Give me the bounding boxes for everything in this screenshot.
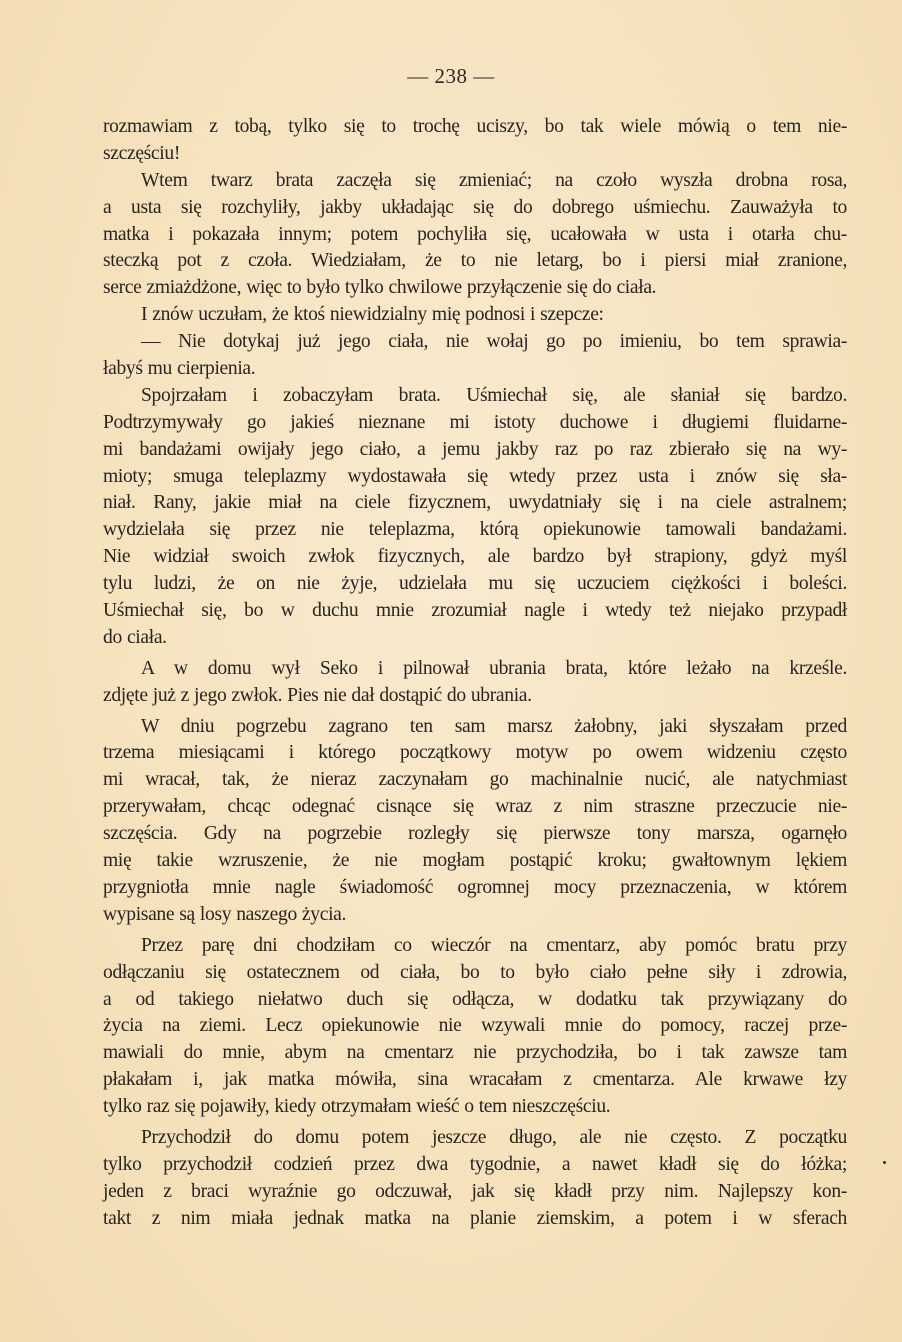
text-line: Podtrzymywały go jakieś nieznane mi isto… [103,410,847,437]
paragraph-start-line: — Nie dotykaj już jego ciała, nie wołaj … [103,329,847,356]
text-line: matka i pokazała innym; potem pochyliła … [103,222,847,249]
paragraph-start-line: Spojrzałam i zobaczyłam brata. Uśmiechał… [103,383,847,410]
text-line: tylko przychodził codzień przez dwa tygo… [103,1152,847,1179]
paragraph-start-line: Wtem twarz brata zaczęła się zmieniać; n… [103,168,847,195]
paragraph-start-line: Przez parę dni chodziłam co wieczór na c… [103,933,847,960]
text-line: serce zmiażdżone, więc to było tylko chw… [103,275,847,302]
text-line: płakałam i, jak matka mówiła, sina wraca… [103,1067,847,1094]
text-line: szczęścia. Gdy na pogrzebie rozległy się… [103,821,847,848]
text-line: mawiali do mnie, abym na cmentarz nie pr… [103,1040,847,1067]
paragraph-start-line: A w domu wył Seko i pilnował ubrania bra… [103,656,847,683]
paragraph-start-line: W dniu pogrzebu zagrano ten sam marsz ża… [103,714,847,741]
text-line: a od takiego niełatwo duch się odłącza, … [103,987,847,1014]
text-line: wypisane są losy naszego życia. [103,902,847,929]
text-line: rozmawiam z tobą, tylko się to trochę uc… [103,114,847,141]
margin-dot-mark [883,1161,886,1164]
text-line: trzema miesiącami i którego początkowy m… [103,740,847,767]
text-line: przerywałam, chcąc odegnać cisnące się w… [103,794,847,821]
text-line: jeden z braci wyraźnie go odczuwał, jak … [103,1179,847,1206]
text-line: Nie widział swoich zwłok fizycznych, ale… [103,544,847,571]
text-line: do ciała. [103,625,847,652]
body-text: rozmawiam z tobą, tylko się to trochę uc… [103,114,847,1233]
text-line: przygniotła mnie nagle świadomość ogromn… [103,875,847,902]
text-line: tylko raz się pojawiły, kiedy otrzymałam… [103,1094,847,1121]
text-line: życia na ziemi. Lecz opiekunowie nie wzy… [103,1013,847,1040]
text-line: odłączaniu się ostatecznem od ciała, bo … [103,960,847,987]
text-line: szczęściu! [103,141,847,168]
text-line: mi wracał, tak, że nieraz zaczynałam go … [103,767,847,794]
text-line: mi bandażami owijały jego ciało, a jemu … [103,437,847,464]
text-line: tylu ludzi, że on nie żyje, udzielała mu… [103,571,847,598]
text-line: a usta się rozchyliły, jakby układając s… [103,195,847,222]
text-line: mię takie wzruszenie, że nie mogłam post… [103,848,847,875]
paragraph-start-line: I znów uczułam, że ktoś niewidzialny mię… [103,302,847,329]
text-line: łabyś mu cierpienia. [103,356,847,383]
page-number: — 238 — [0,64,902,89]
text-line: Uśmiechał się, bo w duchu mnie zrozumiał… [103,598,847,625]
text-line: wydzielała się przez nie teleplazma, któ… [103,517,847,544]
text-line: steczką pot z czoła. Wiedziałam, że to n… [103,248,847,275]
text-line: takt z nim miała jednak matka na planie … [103,1206,847,1233]
paragraph-start-line: Przychodził do domu potem jeszcze długo,… [103,1125,847,1152]
text-line: mioty; smuga teleplazmy wydostawała się … [103,464,847,491]
text-line: zdjęte już z jego zwłok. Pies nie dał do… [103,683,847,710]
text-line: niał. Rany, jakie miał na ciele fizyczne… [103,490,847,517]
